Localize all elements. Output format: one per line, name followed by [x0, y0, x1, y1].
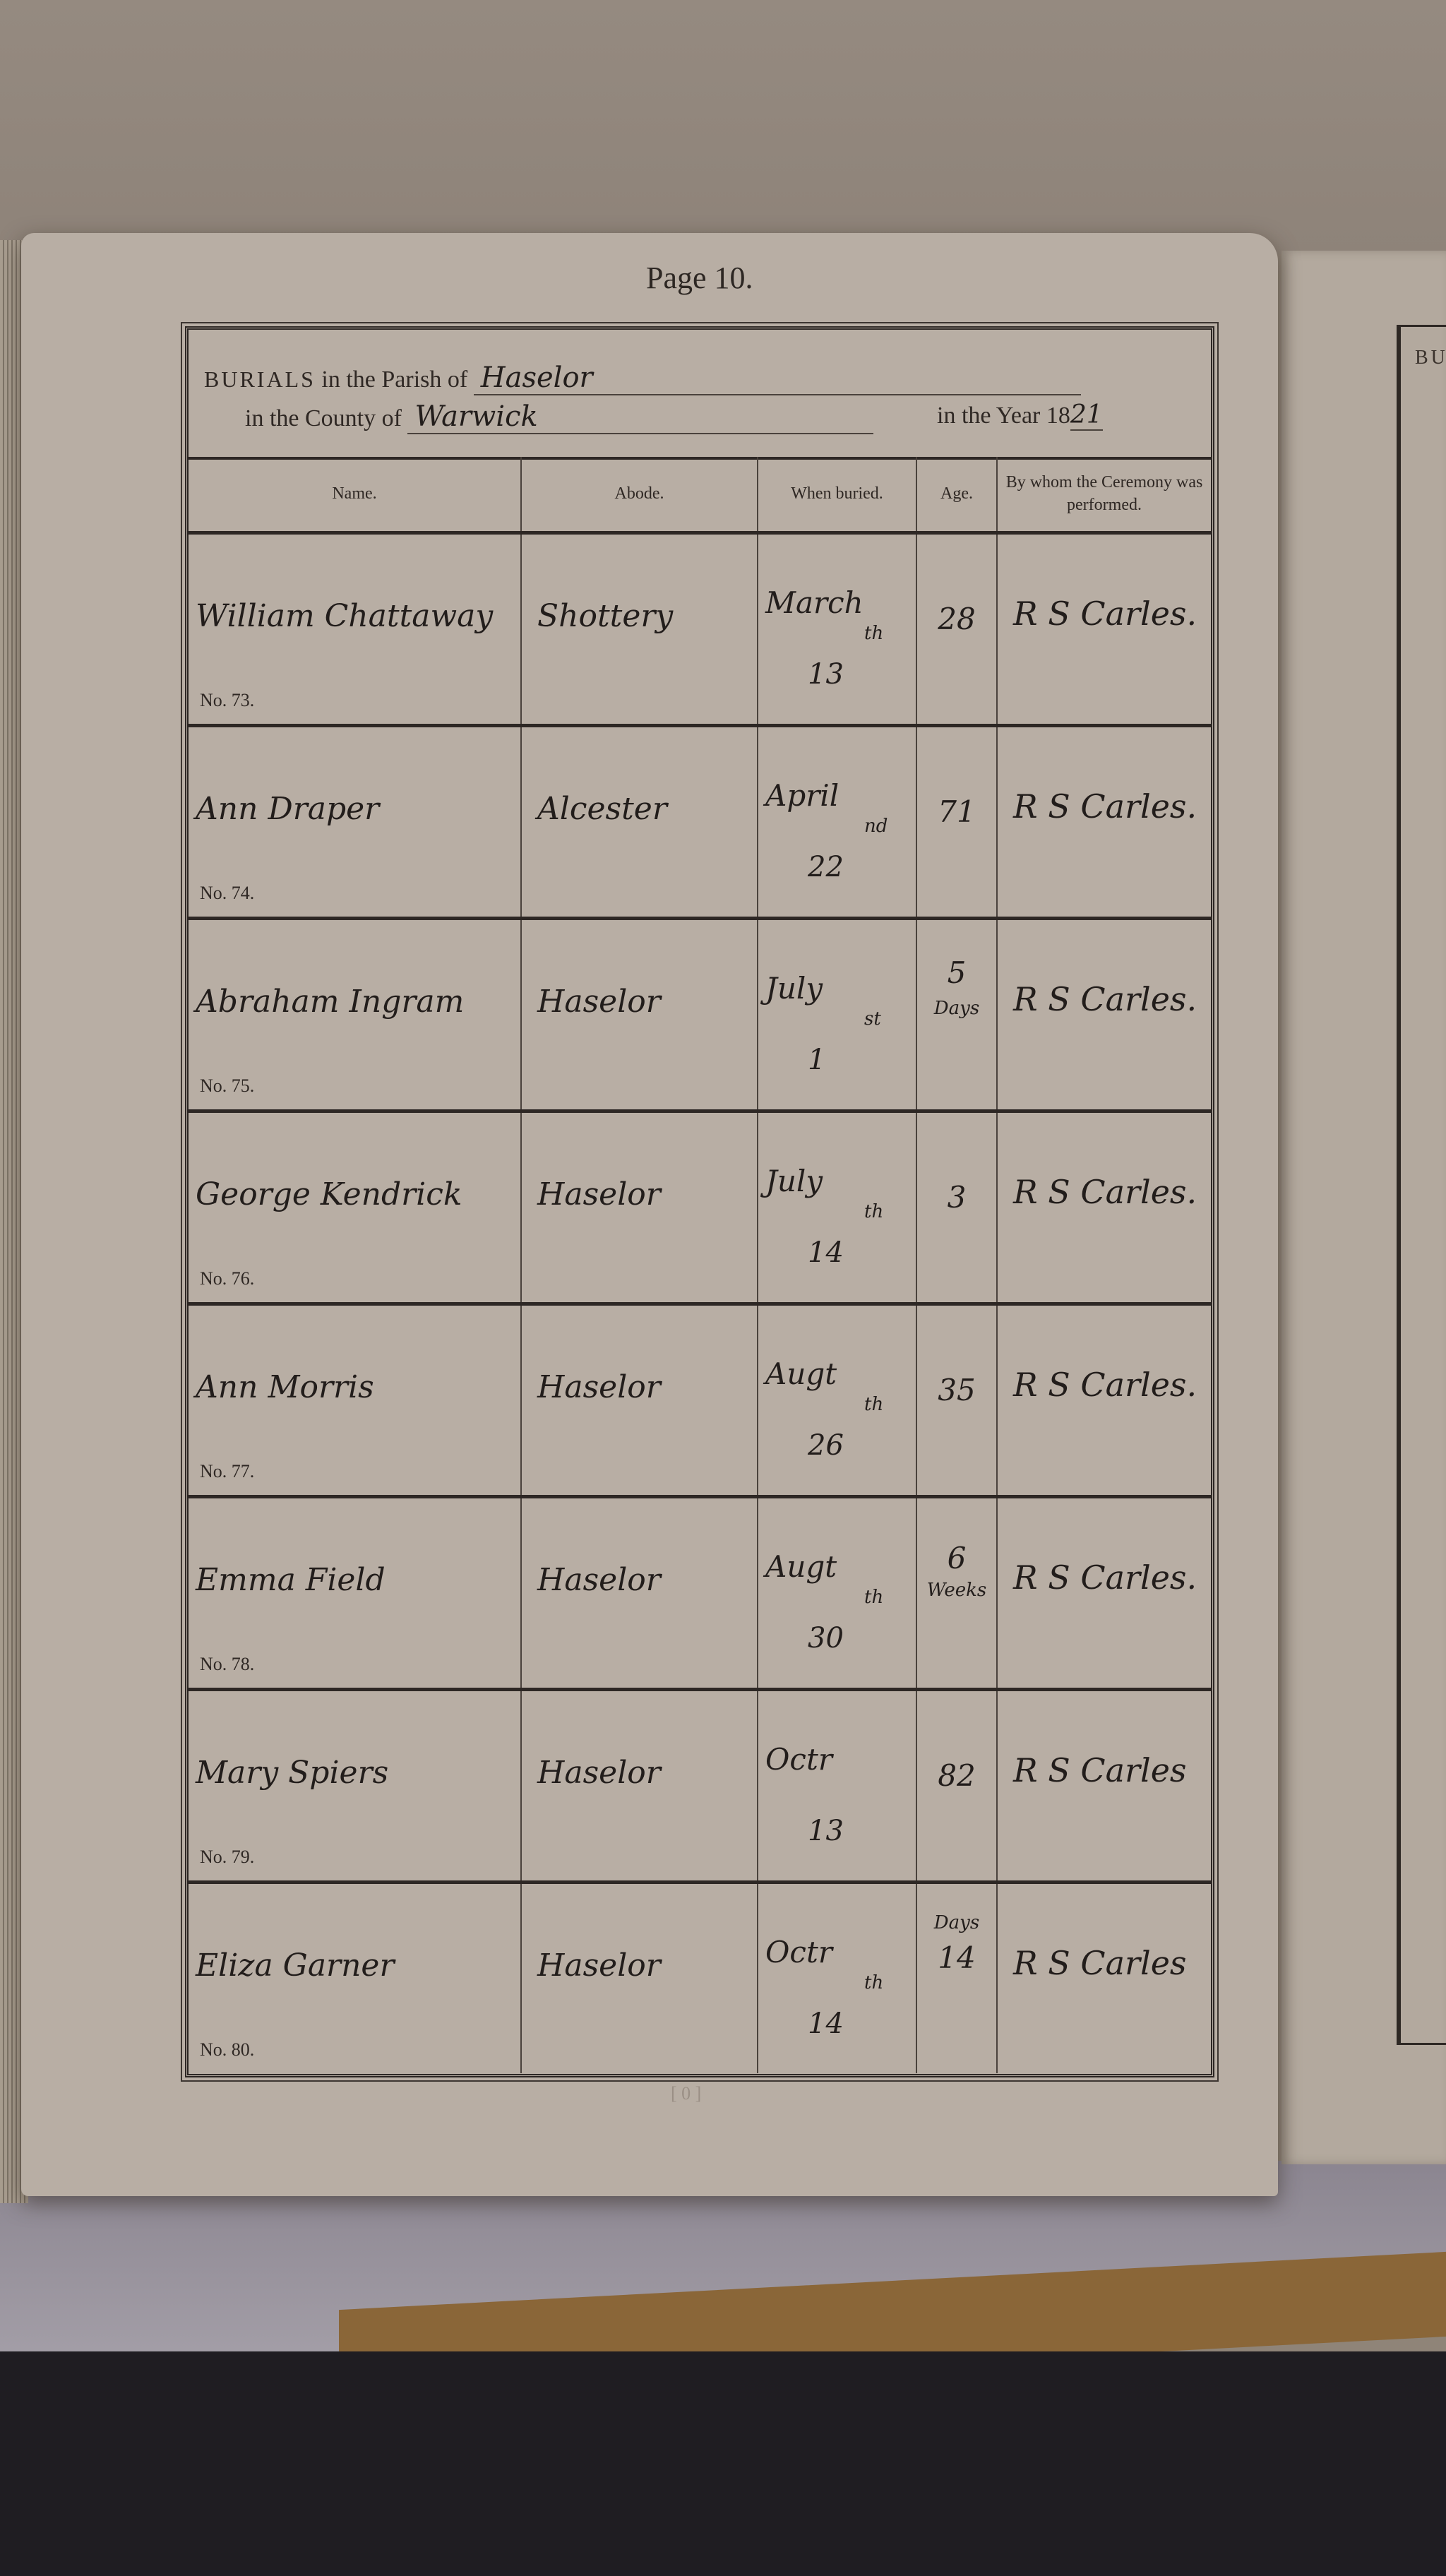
entry-month: April	[765, 778, 839, 813]
officiant-cell: R S Carles.	[998, 920, 1211, 1109]
column-header-officiant: By whom the Ceremony was performed.	[998, 457, 1211, 531]
year-line: in the Year 1821	[937, 400, 1103, 431]
age-cell: 28	[917, 535, 998, 724]
entry-age: 14	[917, 1940, 996, 1975]
table-row: Emma Field No. 78. Haselor Augt th 30 6 …	[189, 1498, 1211, 1691]
age-cell: 5 Days	[917, 920, 998, 1109]
table-row: George Kendrick No. 76. Haselor July th …	[189, 1113, 1211, 1306]
abode-cell: Shottery	[522, 535, 758, 724]
when-buried-cell: April nd 22	[758, 727, 917, 917]
officiant-cell: R S Carles	[998, 1691, 1211, 1880]
facing-page-header-fragment: BU	[1415, 347, 1446, 369]
entry-age: 82	[917, 1758, 996, 1793]
entry-day: 13	[808, 1815, 844, 1847]
entry-officiant: R S Carles.	[1013, 980, 1197, 1018]
table-row: William Chattaway No. 73. Shottery March…	[189, 535, 1211, 727]
column-headers: Name. Abode. When buried. Age. By whom t…	[189, 457, 1211, 535]
abode-cell: Haselor	[522, 1306, 758, 1495]
year-label: in the Year 18	[937, 402, 1070, 429]
table-row: Ann Morris No. 77. Haselor Augt th 26 35…	[189, 1306, 1211, 1498]
entry-age: 5	[917, 955, 996, 990]
entry-officiant: R S Carles	[1013, 1751, 1187, 1789]
officiant-cell: R S Carles.	[998, 727, 1211, 917]
entry-day-suffix: th	[864, 1972, 883, 1993]
entry-month: March	[765, 585, 864, 620]
entry-officiant: R S Carles.	[1013, 1366, 1197, 1404]
entry-age: 71	[917, 794, 996, 829]
parish-line: BURIALS in the Parish of Haselor	[204, 362, 1081, 395]
officiant-cell: R S Carles.	[998, 1498, 1211, 1688]
abode-cell: Haselor	[522, 1884, 758, 2073]
entry-day: 14	[808, 1236, 844, 1269]
page-number: Page 10.	[646, 260, 753, 296]
entry-age-unit: Days	[917, 1912, 996, 1933]
when-buried-cell: Augt th 30	[758, 1498, 917, 1688]
entry-month: July	[765, 971, 823, 1006]
entry-name: Ann Draper	[196, 791, 379, 827]
facing-page-register: BU	[1397, 325, 1446, 2045]
entry-day: 30	[808, 1622, 844, 1654]
burial-register-table: BURIALS in the Parish of Haselor in the …	[185, 326, 1214, 2077]
entry-age-unit: Weeks	[917, 1580, 996, 1601]
entry-name: Mary Spiers	[196, 1755, 388, 1791]
name-cell: Ann Draper No. 74.	[189, 727, 522, 917]
entry-abode: Haselor	[537, 1176, 661, 1212]
dark-floor	[0, 2351, 1446, 2576]
entry-abode: Haselor	[537, 984, 661, 1020]
parish-label: in the Parish of	[321, 366, 467, 393]
entry-day-suffix: th	[864, 1394, 883, 1415]
backdrop-top	[0, 0, 1446, 254]
entry-day: 22	[808, 851, 844, 883]
table-row: Mary Spiers No. 79. Haselor Octr 13 82 R…	[189, 1691, 1211, 1884]
entry-abode: Haselor	[537, 1755, 661, 1791]
age-cell: Days 14	[917, 1884, 998, 2073]
entry-abode: Alcester	[537, 791, 667, 827]
abode-cell: Haselor	[522, 920, 758, 1109]
entry-name: Abraham Ingram	[196, 984, 464, 1020]
entry-name: William Chattaway	[196, 598, 493, 634]
age-cell: 6 Weeks	[917, 1498, 998, 1688]
officiant-cell: R S Carles.	[998, 1113, 1211, 1302]
entry-day: 1	[808, 1044, 825, 1076]
register-header: BURIALS in the Parish of Haselor in the …	[189, 330, 1211, 460]
entry-name: Eliza Garner	[196, 1948, 395, 1984]
entry-name: Emma Field	[196, 1562, 386, 1598]
entry-number: No. 77.	[200, 1461, 254, 1482]
entry-number: No. 74.	[200, 883, 254, 904]
age-cell: 3	[917, 1113, 998, 1302]
name-cell: Mary Spiers No. 79.	[189, 1691, 522, 1880]
entry-day-suffix: st	[864, 1008, 881, 1030]
officiant-cell: R S Carles.	[998, 1306, 1211, 1495]
entry-day: 14	[808, 2008, 844, 2040]
entry-day: 13	[808, 658, 844, 691]
name-cell: Emma Field No. 78.	[189, 1498, 522, 1688]
entry-abode: Haselor	[537, 1948, 661, 1984]
entry-day-suffix: nd	[864, 816, 888, 837]
officiant-cell: R S Carles.	[998, 535, 1211, 724]
entry-number: No. 76.	[200, 1268, 254, 1289]
when-buried-cell: Augt th 26	[758, 1306, 917, 1495]
entry-abode: Shottery	[537, 598, 673, 634]
entry-day: 26	[808, 1429, 844, 1462]
age-cell: 71	[917, 727, 998, 917]
name-cell: William Chattaway No. 73.	[189, 535, 522, 724]
county-field: Warwick	[407, 400, 873, 434]
abode-cell: Haselor	[522, 1691, 758, 1880]
parish-field: Haselor	[474, 362, 1081, 395]
year-field: 21	[1070, 400, 1103, 431]
name-cell: Abraham Ingram No. 75.	[189, 920, 522, 1109]
abode-cell: Haselor	[522, 1113, 758, 1302]
entry-age: 28	[917, 602, 996, 636]
entry-officiant: R S Carles.	[1013, 1173, 1197, 1211]
entry-age: 6	[917, 1541, 996, 1575]
when-buried-cell: July st 1	[758, 920, 917, 1109]
entry-age-unit: Days	[917, 998, 996, 1019]
entry-month: Octr	[765, 1742, 832, 1777]
entry-day-suffix: th	[864, 623, 883, 644]
register-entries: William Chattaway No. 73. Shottery March…	[189, 535, 1211, 2073]
entry-month: Octr	[765, 1935, 832, 1969]
abode-cell: Alcester	[522, 727, 758, 917]
table-row: Abraham Ingram No. 75. Haselor July st 1…	[189, 920, 1211, 1113]
when-buried-cell: Octr th 14	[758, 1884, 917, 2073]
footer-mark: [ 0 ]	[671, 2083, 701, 2104]
name-cell: George Kendrick No. 76.	[189, 1113, 522, 1302]
column-header-age: Age.	[917, 457, 998, 531]
entry-age: 3	[917, 1180, 996, 1215]
entry-name: George Kendrick	[196, 1176, 462, 1212]
entry-officiant: R S Carles.	[1013, 787, 1197, 825]
entry-abode: Haselor	[537, 1562, 661, 1598]
entry-officiant: R S Carles	[1013, 1944, 1187, 1982]
county-line: in the County of Warwick	[245, 400, 873, 434]
name-cell: Eliza Garner No. 80.	[189, 1884, 522, 2073]
when-buried-cell: March th 13	[758, 535, 917, 724]
when-buried-cell: July th 14	[758, 1113, 917, 1302]
entry-abode: Haselor	[537, 1369, 661, 1405]
column-header-name: Name.	[189, 457, 522, 531]
age-cell: 35	[917, 1306, 998, 1495]
entry-age: 35	[917, 1373, 996, 1407]
entry-number: No. 80.	[200, 2039, 254, 2061]
entry-number: No. 79.	[200, 1847, 254, 1868]
table-row: Ann Draper No. 74. Alcester April nd 22 …	[189, 727, 1211, 920]
table-row: Eliza Garner No. 80. Haselor Octr th 14 …	[189, 1884, 1211, 2073]
column-header-abode: Abode.	[522, 457, 758, 531]
column-header-when-buried: When buried.	[758, 457, 917, 531]
entry-number: No. 73.	[200, 690, 254, 711]
entry-number: No. 75.	[200, 1075, 254, 1097]
abode-cell: Haselor	[522, 1498, 758, 1688]
entry-name: Ann Morris	[196, 1369, 374, 1405]
entry-number: No. 78.	[200, 1654, 254, 1675]
age-cell: 82	[917, 1691, 998, 1880]
county-label: in the County of	[245, 405, 402, 431]
entry-officiant: R S Carles.	[1013, 595, 1197, 633]
name-cell: Ann Morris No. 77.	[189, 1306, 522, 1495]
entry-day-suffix: th	[864, 1201, 883, 1222]
entry-officiant: R S Carles.	[1013, 1558, 1197, 1597]
entry-month: July	[765, 1164, 823, 1198]
register-type: BURIALS	[204, 366, 316, 392]
entry-month: Augt	[765, 1356, 837, 1391]
entry-day-suffix: th	[864, 1587, 883, 1608]
officiant-cell: R S Carles	[998, 1884, 1211, 2073]
entry-month: Augt	[765, 1549, 837, 1584]
when-buried-cell: Octr 13	[758, 1691, 917, 1880]
